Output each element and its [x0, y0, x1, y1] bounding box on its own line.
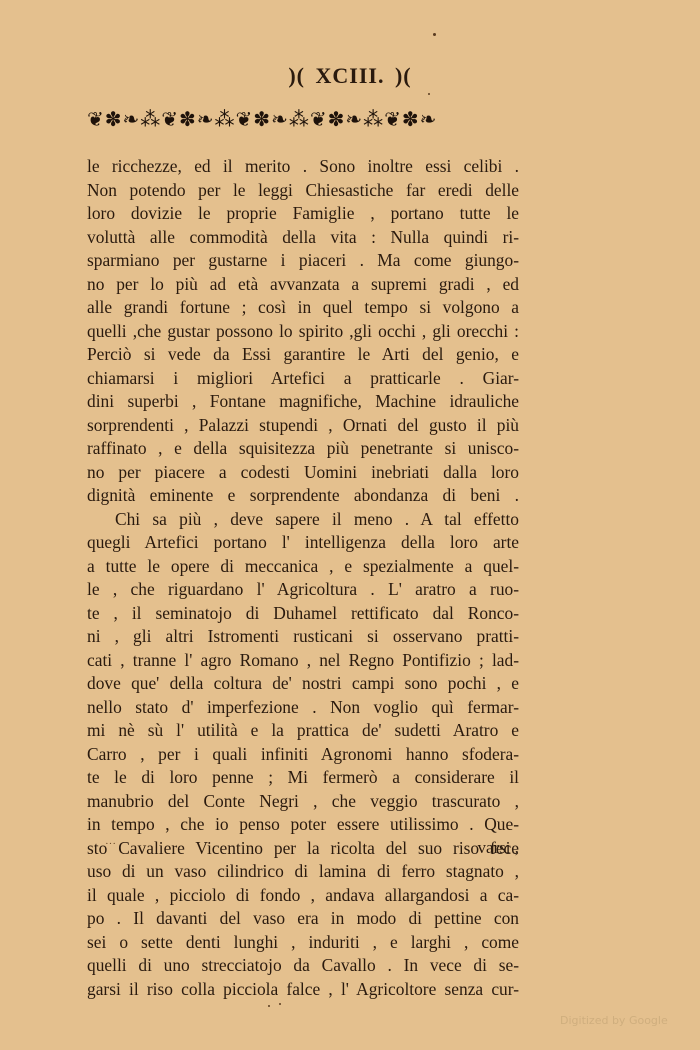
digitization-watermark: Digitized by Google — [560, 1014, 668, 1027]
text-line: Chi sa più , deve sapere il meno . A tal… — [87, 508, 519, 532]
text-line: ni , gli altri Istromenti rusticani si o… — [87, 625, 519, 649]
page-header: )( XCIII. )( — [0, 63, 700, 89]
text-line: cati , tranne l' agro Romano , nel Regno… — [87, 649, 519, 673]
text-line: po . Il davanti del vaso era in modo di … — [87, 907, 519, 931]
text-line: sei o sette denti lunghi , induriti , e … — [87, 931, 519, 955]
header-ornament-left-icon: )( — [288, 63, 305, 88]
text-line: in tempo , che io penso poter essere uti… — [87, 813, 519, 837]
text-line: loro dovizie le proprie Famiglie , porta… — [87, 202, 519, 226]
text-line: manubrio del Conte Negri , che veggio tr… — [87, 790, 519, 814]
text-line: garsi il riso colla picciola falce , l' … — [87, 978, 519, 1002]
text-line: nello stato d' imperfezione . Non voglio… — [87, 696, 519, 720]
text-line: voluttà alle commodità della vita : Null… — [87, 226, 519, 250]
page-number-numeral: XCIII. — [316, 63, 385, 88]
text-line: sorprendenti , Palazzi stupendi , Ornati… — [87, 414, 519, 438]
text-line: chiamarsi i migliori Artefici a prattica… — [87, 367, 519, 391]
text-line: dini superbi , Fontane magnifiche, Machi… — [87, 390, 519, 414]
body-text: le ricchezze, ed il merito . Sono inoltr… — [87, 155, 519, 1001]
text-line: te , il seminatojo di Duhamel rettificat… — [87, 602, 519, 626]
text-line: dignità eminente e sorprendente abondanz… — [87, 484, 519, 508]
paper-speck — [268, 1005, 270, 1007]
text-line: Carro , per i quali infiniti Agronomi ha… — [87, 743, 519, 767]
text-line: le , che riguardano l' Agricoltura . L' … — [87, 578, 519, 602]
text-line: il quale , picciolo di fondo , andava al… — [87, 884, 519, 908]
catchword: varsi , — [477, 838, 519, 858]
text-line: Non potendo per le leggi Chiesastiche fa… — [87, 179, 519, 203]
text-line: mi nè sù l' utilità e la prattica de' su… — [87, 719, 519, 743]
header-ornament-right-icon: )( — [395, 63, 412, 88]
paper-speck — [433, 33, 436, 36]
signature-mark: ··· — [105, 838, 116, 850]
text-line: raffinato , e della squisitezza più pene… — [87, 437, 519, 461]
page-footer: ··· varsi , — [87, 838, 519, 862]
book-page: )( XCIII. )( ❦✽❧⁂❦✽❧⁂❦✽❧⁂❦✽❧⁂❦✽❧ le ricc… — [0, 0, 700, 1050]
paper-speck — [279, 1003, 281, 1005]
text-line: dove que' della coltura de' nostri campi… — [87, 672, 519, 696]
text-line: quegli Artefici portano l' intelligenza … — [87, 531, 519, 555]
paper-speck — [428, 93, 430, 95]
text-line: a tutte le opere di meccanica , e spezia… — [87, 555, 519, 579]
text-line: uso di un vaso cilindrico di lamina di f… — [87, 860, 519, 884]
text-line: no per lo più ad età avvanzata a supremi… — [87, 273, 519, 297]
text-line: quelli ,che gustar possono lo spirito ,g… — [87, 320, 519, 344]
fleuron-border-icon: ❦✽❧⁂❦✽❧⁂❦✽❧⁂❦✽❧⁂❦✽❧ — [87, 106, 519, 132]
text-line: alle grandi fortune ; così in quel tempo… — [87, 296, 519, 320]
text-line: quelli di uno strecciatojo da Cavallo . … — [87, 954, 519, 978]
text-line: sparmiano per gustarne i piaceri . Ma co… — [87, 249, 519, 273]
text-line: te le di loro penne ; Mi fermerò a consi… — [87, 766, 519, 790]
text-line: Perciò si vede da Essi garantire le Arti… — [87, 343, 519, 367]
text-line: no per piacere a codesti Uomini inebriat… — [87, 461, 519, 485]
text-line: le ricchezze, ed il merito . Sono inoltr… — [87, 155, 519, 179]
